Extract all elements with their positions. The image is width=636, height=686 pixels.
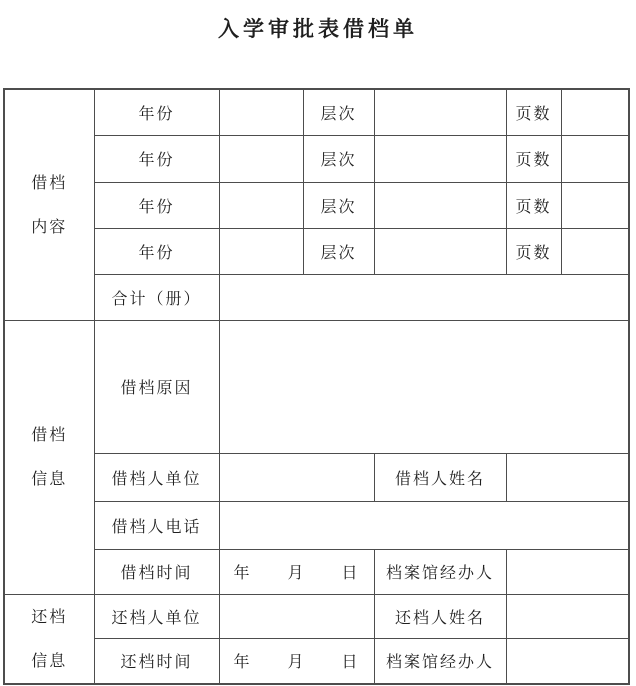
borrower-unit-value-cell[interactable] (219, 453, 374, 501)
table-row: 年份 层次 页数 (4, 135, 629, 182)
total-volumes-value-cell[interactable] (219, 274, 629, 320)
year-value-cell-3[interactable] (219, 182, 303, 228)
returner-name-value-cell[interactable] (506, 594, 629, 638)
section-label-borrow-info: 借档 信息 (4, 320, 94, 594)
section-label-borrow-content: 借档 内容 (4, 89, 94, 320)
section-label-line: 信息 (5, 457, 94, 501)
level-value-cell-4[interactable] (374, 228, 506, 274)
section-label-line: 还档 (5, 595, 94, 639)
table-row: 借档 内容 年份 层次 页数 (4, 89, 629, 135)
year-value-cell-4[interactable] (219, 228, 303, 274)
total-volumes-label: 合计（册） (94, 274, 219, 320)
pages-label-3: 页数 (506, 182, 561, 228)
returner-name-label: 还档人姓名 (374, 594, 506, 638)
pages-value-cell-1[interactable] (561, 89, 629, 135)
level-label-4: 层次 (303, 228, 374, 274)
table-row: 借档时间 年 月 日 档案馆经办人 (4, 549, 629, 594)
pages-value-cell-4[interactable] (561, 228, 629, 274)
borrow-archive-form-table: 借档 内容 年份 层次 页数 年份 层次 页数 年份 层次 页数 (3, 88, 630, 685)
year-value-cell-2[interactable] (219, 135, 303, 182)
borrow-reason-label: 借档原因 (94, 320, 219, 453)
table-row: 合计（册） (4, 274, 629, 320)
borrower-unit-label: 借档人单位 (94, 453, 219, 501)
level-value-cell-2[interactable] (374, 135, 506, 182)
level-label-3: 层次 (303, 182, 374, 228)
pages-label-4: 页数 (506, 228, 561, 274)
return-archive-handler-label: 档案馆经办人 (374, 638, 506, 684)
return-date-cell[interactable]: 年 月 日 (219, 638, 374, 684)
section-label-return-info: 还档 信息 (4, 594, 94, 684)
borrow-date-cell[interactable]: 年 月 日 (219, 549, 374, 594)
level-value-cell-1[interactable] (374, 89, 506, 135)
year-value-cell-1[interactable] (219, 89, 303, 135)
borrower-phone-label: 借档人电话 (94, 501, 219, 549)
pages-value-cell-3[interactable] (561, 182, 629, 228)
section-label-line: 借档 (5, 413, 94, 457)
borrow-reason-value-cell[interactable] (219, 320, 629, 453)
borrower-name-value-cell[interactable] (506, 453, 629, 501)
year-label-4: 年份 (94, 228, 219, 274)
table-row: 年份 层次 页数 (4, 228, 629, 274)
pages-value-cell-2[interactable] (561, 135, 629, 182)
form-title: 入学审批表借档单 (0, 13, 636, 43)
table-row: 年份 层次 页数 (4, 182, 629, 228)
archive-handler-value-cell[interactable] (506, 549, 629, 594)
borrower-phone-value-cell[interactable] (219, 501, 629, 549)
table-row: 还档时间 年 月 日 档案馆经办人 (4, 638, 629, 684)
year-label-2: 年份 (94, 135, 219, 182)
table-row: 借档人电话 (4, 501, 629, 549)
level-label-2: 层次 (303, 135, 374, 182)
table-row: 借档 信息 借档原因 (4, 320, 629, 453)
return-archive-handler-value-cell[interactable] (506, 638, 629, 684)
section-label-line: 借档 (5, 161, 94, 205)
year-label-1: 年份 (94, 89, 219, 135)
archive-handler-label: 档案馆经办人 (374, 549, 506, 594)
table-row: 借档人单位 借档人姓名 (4, 453, 629, 501)
table-row: 还档 信息 还档人单位 还档人姓名 (4, 594, 629, 638)
section-label-line: 内容 (5, 205, 94, 249)
level-value-cell-3[interactable] (374, 182, 506, 228)
pages-label-2: 页数 (506, 135, 561, 182)
returner-unit-label: 还档人单位 (94, 594, 219, 638)
return-time-label: 还档时间 (94, 638, 219, 684)
year-label-3: 年份 (94, 182, 219, 228)
borrower-name-label: 借档人姓名 (374, 453, 506, 501)
borrow-time-label: 借档时间 (94, 549, 219, 594)
section-label-line: 信息 (5, 639, 94, 683)
returner-unit-value-cell[interactable] (219, 594, 374, 638)
level-label-1: 层次 (303, 89, 374, 135)
pages-label-1: 页数 (506, 89, 561, 135)
